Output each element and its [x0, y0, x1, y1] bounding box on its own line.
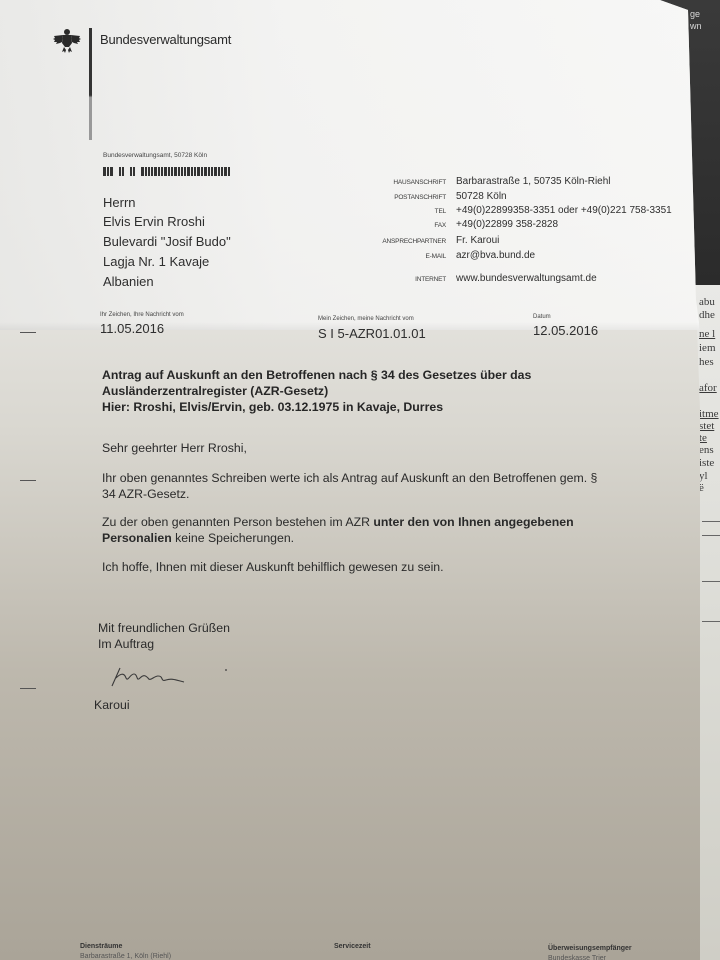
barcode-bar — [141, 167, 144, 176]
paper-fragment: ens — [699, 445, 714, 456]
info-label: Internet — [346, 276, 446, 283]
paper-fragment: te — [699, 433, 707, 444]
greeting: Sehr geehrter Herr Rroshi, — [102, 441, 247, 455]
footer-heading-offices: Diensträume — [80, 943, 122, 950]
paper-rule — [702, 521, 720, 522]
background-screen-text: ge wn — [690, 8, 702, 32]
paper-fragment: afor — [699, 383, 717, 394]
paragraph-1-line-1: Ihr oben genanntes Schreiben werte ich a… — [102, 471, 597, 485]
paragraph-2-text: keine Speicherungen. — [172, 531, 294, 545]
footer-sub-payee: Bundeskasse Trier — [548, 955, 606, 960]
barcode-bar — [174, 167, 177, 176]
recipient-street: Bulevardi "Josif Budo" — [103, 234, 231, 249]
barcode-bar — [119, 167, 121, 176]
signer-name: Karoui — [94, 698, 130, 712]
fold-mark — [20, 332, 36, 333]
paragraph-2-line-1: Zu der oben genannten Person bestehen im… — [102, 515, 574, 529]
footer-sub-offices: Barbarastraße 1, Köln (Riehl) — [80, 953, 171, 960]
barcode-bar — [114, 167, 118, 176]
handwritten-signature-icon — [110, 660, 230, 690]
recipient-name: Elvis Ervin Rroshi — [103, 214, 205, 229]
barcode-bar — [194, 167, 196, 176]
paragraph-2-emphasis: unter den von Ihnen angegebenen — [373, 515, 573, 529]
background-text-line: wn — [690, 20, 702, 32]
closing: Mit freundlichen Grüßen — [98, 621, 230, 635]
barcode-bar — [133, 167, 135, 176]
federal-eagle-icon — [52, 26, 82, 54]
background-text-line: ge — [690, 8, 702, 20]
paper-fragment: ne l — [699, 329, 715, 340]
recipient-country: Albanien — [103, 274, 154, 289]
barcode-bar — [191, 167, 193, 176]
paper-fragment: iem — [699, 343, 716, 354]
barcode-bar — [151, 167, 153, 176]
barcode-bar — [154, 167, 157, 176]
barcode-bar — [208, 167, 210, 176]
barcode-bar — [122, 167, 124, 176]
fold-mark — [20, 480, 36, 481]
barcode-bar — [171, 167, 173, 176]
reference-label-date: Datum — [533, 314, 551, 320]
reference-label-my-ref: Mein Zeichen, meine Nachricht vom — [318, 316, 414, 322]
barcode-bar — [164, 167, 167, 176]
barcode-bar — [107, 167, 109, 176]
paper-fragment: yl — [699, 471, 708, 482]
postal-barcode — [103, 167, 230, 176]
info-label: E-Mail — [346, 253, 446, 260]
reference-label-your-ref: Ihr Zeichen, Ihre Nachricht vom — [100, 312, 184, 318]
barcode-bar — [145, 167, 147, 176]
reference-value-your-date: 11.05.2016 — [100, 321, 164, 336]
paper-rule — [702, 535, 720, 536]
barcode-bar — [187, 167, 190, 176]
info-value-postal-address: 50728 Köln — [456, 191, 507, 202]
barcode-bar — [161, 167, 163, 176]
barcode-bar — [221, 167, 223, 176]
paper-rule — [702, 621, 720, 622]
barcode-bar — [178, 167, 180, 176]
return-address: Bundesverwaltungsamt, 50728 Köln — [103, 152, 207, 159]
barcode-bar — [148, 167, 150, 176]
barcode-bar — [184, 167, 186, 176]
paper-fragment: hes — [699, 357, 714, 368]
paragraph-3: Ich hoffe, Ihnen mit dieser Auskunft beh… — [102, 560, 444, 574]
barcode-bar — [197, 167, 200, 176]
barcode-bar — [136, 167, 140, 176]
barcode-bar — [181, 167, 183, 176]
barcode-bar — [201, 167, 203, 176]
info-value-contact-person: Fr. Karoui — [456, 235, 499, 246]
fold-mark — [20, 688, 36, 689]
barcode-bar — [103, 167, 106, 176]
info-value-email[interactable]: azr@bva.bund.de — [456, 250, 535, 261]
footer-heading-service-hours: Servicezeit — [334, 943, 371, 950]
info-label: Tel — [346, 208, 446, 215]
paper-fragment: stet — [699, 421, 714, 432]
info-label: Fax — [346, 222, 446, 229]
barcode-bar — [130, 167, 132, 176]
footer-heading-payee: Überweisungsempfänger — [548, 945, 632, 952]
barcode-bar — [218, 167, 220, 176]
letterhead-bar — [89, 28, 92, 140]
subject-line-2: Ausländerzentralregister (AZR-Gesetz) — [102, 384, 328, 398]
reference-value-file-number: S I 5-AZR01.01.01 — [318, 326, 426, 341]
barcode-bar — [228, 167, 230, 176]
info-value-website[interactable]: www.bundesverwaltungsamt.de — [456, 273, 597, 284]
paper-rule — [702, 581, 720, 582]
info-value-fax: +49(0)22899 358-2828 — [456, 219, 558, 230]
barcode-bar — [214, 167, 217, 176]
paper-fragment: itme — [699, 409, 719, 420]
barcode-bar — [224, 167, 227, 176]
info-label: Postanschrift — [346, 194, 446, 201]
paper-fragment: dhe — [699, 310, 715, 321]
info-label: Hausanschrift — [346, 179, 446, 186]
barcode-bar — [168, 167, 170, 176]
barcode-bar — [211, 167, 213, 176]
closing-im-auftrag: Im Auftrag — [98, 637, 154, 651]
paper-fragment: iste — [699, 458, 714, 469]
organization-name: Bundesverwaltungsamt — [100, 32, 231, 47]
barcode-bar — [204, 167, 207, 176]
barcode-bar — [125, 167, 129, 176]
reference-value-date: 12.05.2016 — [533, 323, 598, 338]
barcode-bar — [110, 167, 113, 176]
subject-line-1: Antrag auf Auskunft an den Betroffenen n… — [102, 368, 531, 382]
paragraph-1-line-2: 34 AZR-Gesetz. — [102, 487, 189, 501]
paper-fragment: abu — [699, 297, 715, 308]
paragraph-2-line-2: Personalien keine Speicherungen. — [102, 531, 294, 545]
recipient-city: Lagja Nr. 1 Kavaje — [103, 254, 209, 269]
info-value-phone: +49(0)22899358-3351 oder +49(0)221 758-3… — [456, 205, 672, 216]
paragraph-2-text: Zu der oben genannten Person bestehen im… — [102, 515, 373, 529]
subject-line-3: Hier: Rroshi, Elvis/Ervin, geb. 03.12.19… — [102, 400, 443, 414]
info-label: Ansprechpartner — [346, 238, 446, 245]
paragraph-2-emphasis: Personalien — [102, 531, 172, 545]
info-value-house-address: Barbarastraße 1, 50735 Köln-Riehl — [456, 176, 611, 187]
barcode-bar — [158, 167, 160, 176]
recipient-salutation: Herrn — [103, 195, 136, 210]
